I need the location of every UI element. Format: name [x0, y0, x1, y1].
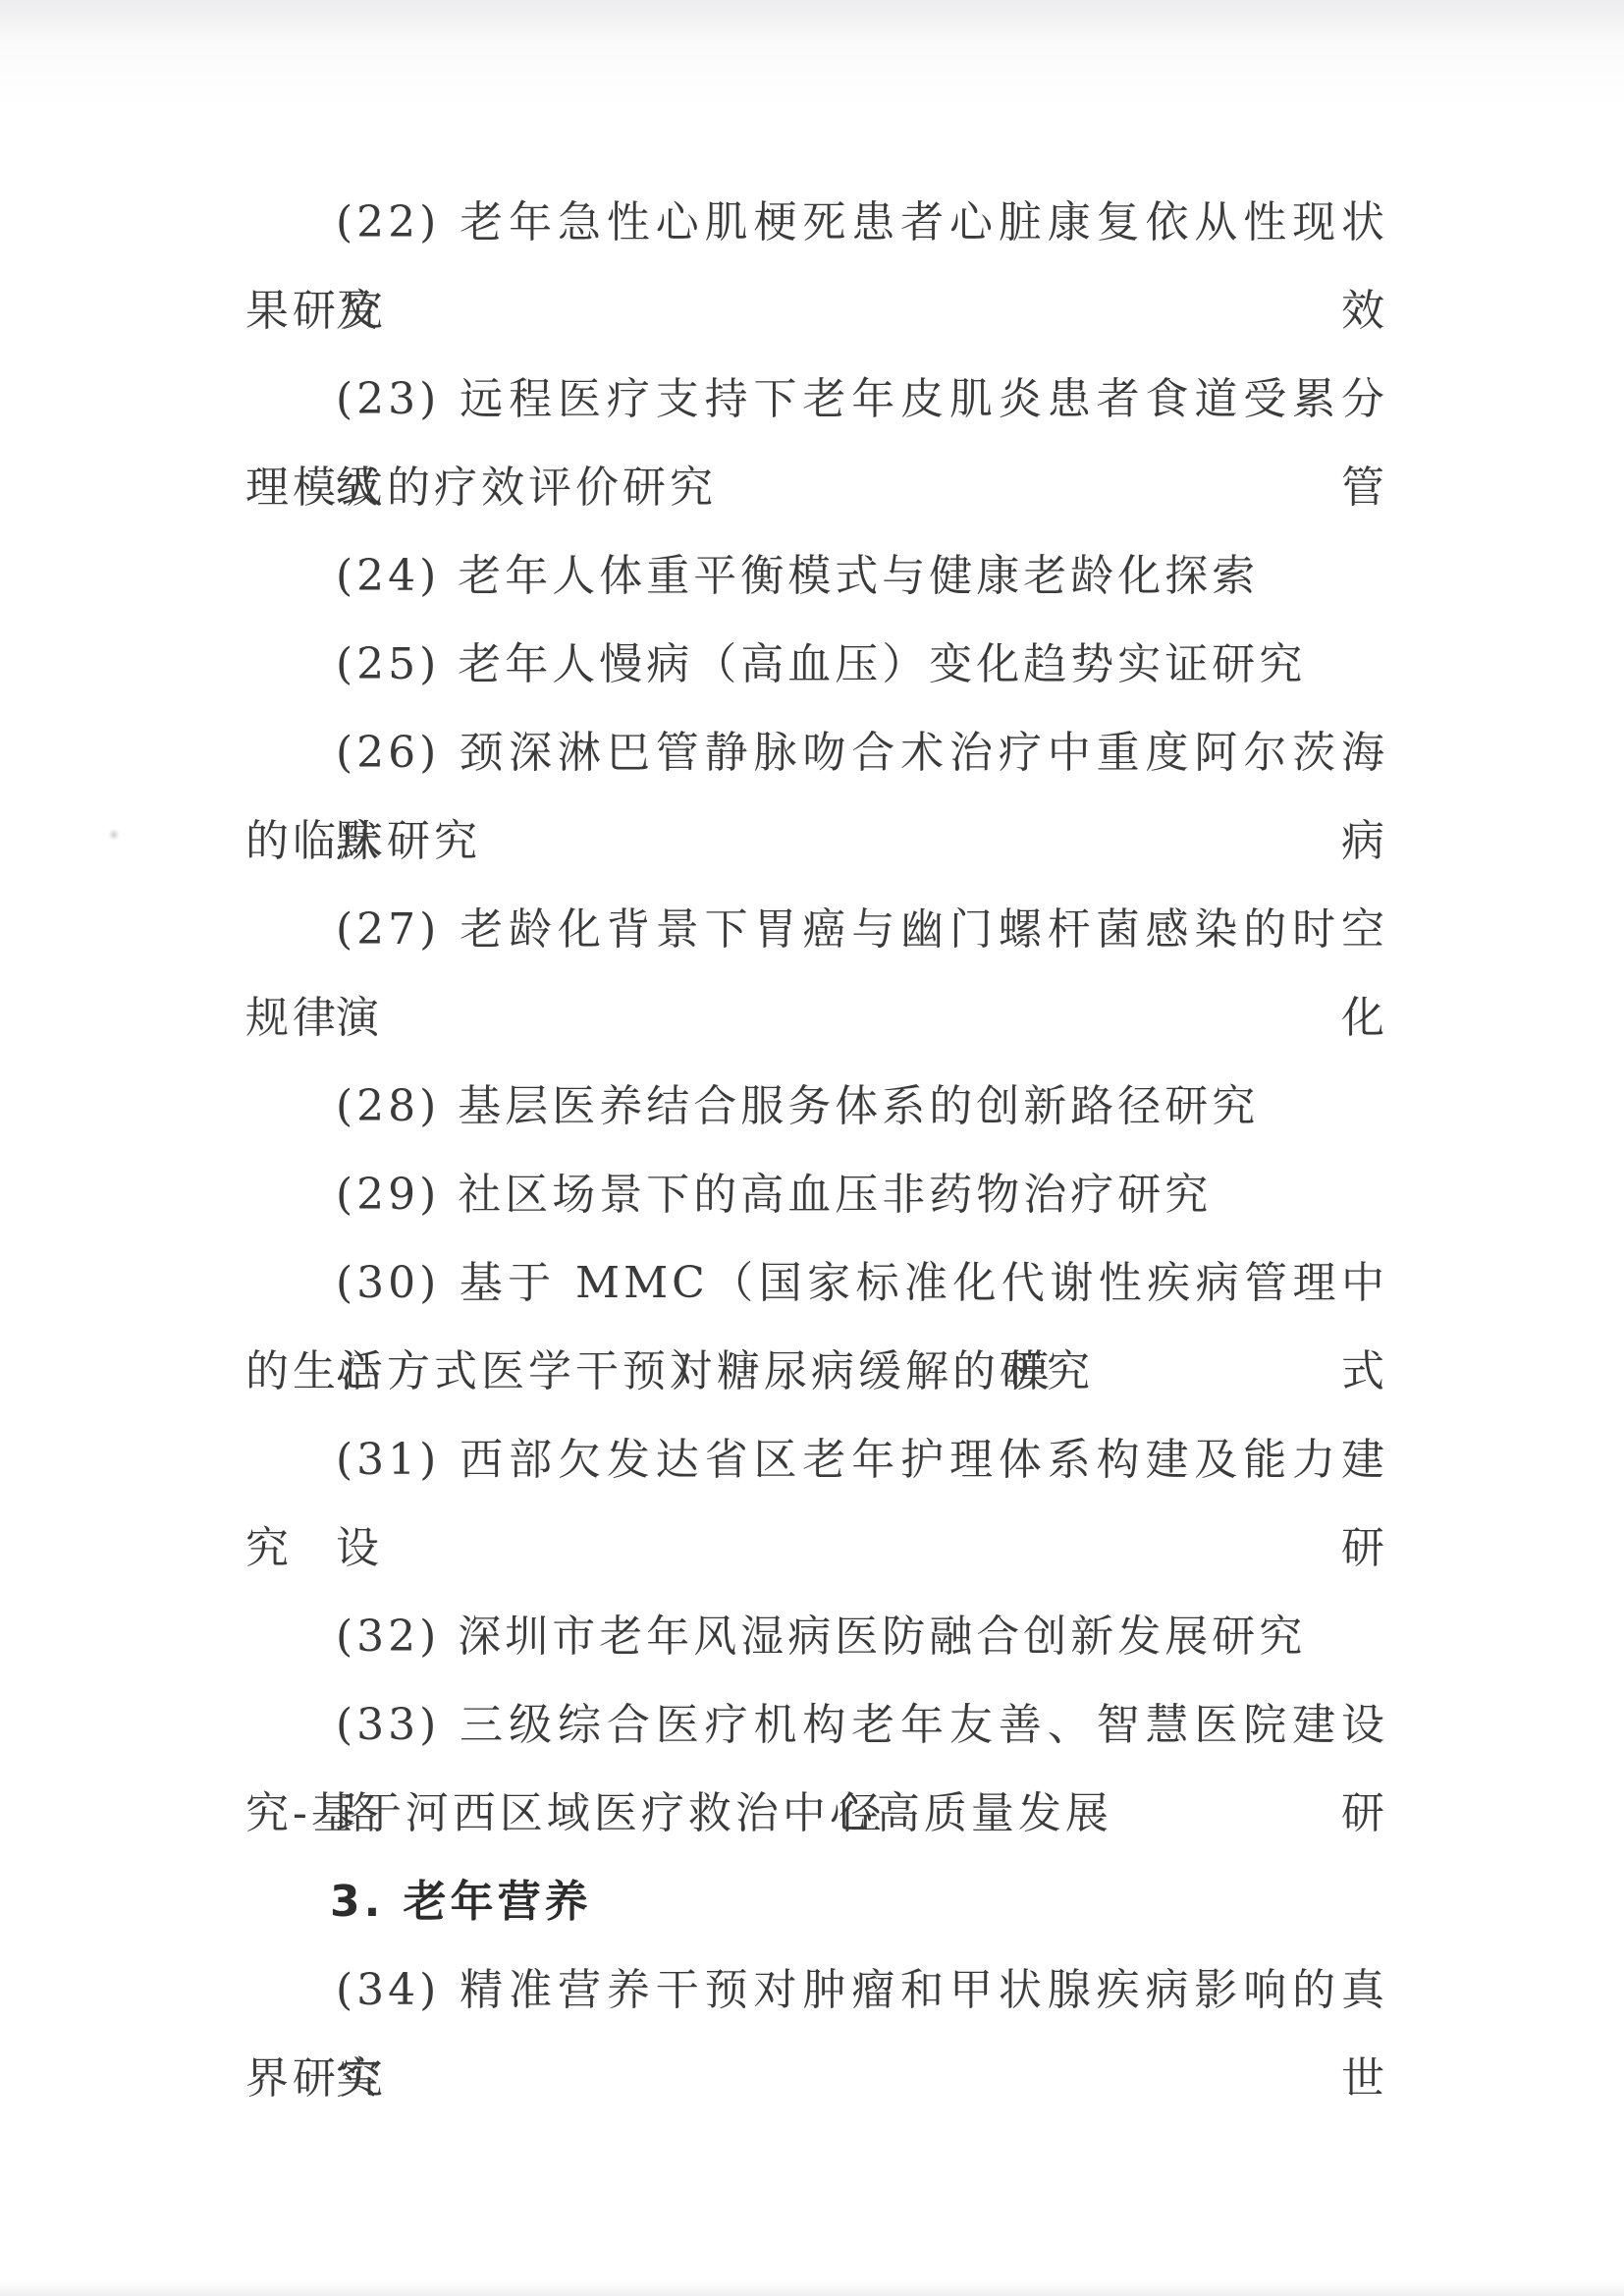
- list-item-line: (29) 社区场景下的高血压非药物治疗研究: [245, 1151, 1388, 1239]
- list-item-line: (30) 基于 MMC（国家标准化代谢性疾病管理中心）模式: [245, 1239, 1388, 1328]
- list-item-line: (26) 颈深淋巴管静脉吻合术治疗中重度阿尔茨海默病: [245, 709, 1388, 797]
- list-item-line: (32) 深圳市老年风湿病医防融合创新发展研究: [245, 1593, 1388, 1681]
- document-body: (22) 老年急性心肌梗死患者心脏康复依从性现状及效果研究(23) 远程医疗支持…: [245, 179, 1388, 2123]
- section-heading: 3. 老年营养: [245, 1858, 1388, 1946]
- scan-artifact-top-band: [0, 0, 1624, 108]
- scan-artifact-speck: [108, 829, 120, 841]
- list-item-line: (22) 老年急性心肌梗死患者心脏康复依从性现状及效: [245, 179, 1388, 267]
- list-item-line: (27) 老龄化背景下胃癌与幽门螺杆菌感染的时空演化: [245, 886, 1388, 974]
- list-item-line: (31) 西部欠发达省区老年护理体系构建及能力建设研: [245, 1416, 1388, 1504]
- scan-artifact-bottom-band: [0, 2280, 1624, 2296]
- document-page: (22) 老年急性心肌梗死患者心脏康复依从性现状及效果研究(23) 远程医疗支持…: [0, 0, 1624, 2296]
- list-item-line: (24) 老年人体重平衡模式与健康老龄化探索: [245, 532, 1388, 621]
- list-item-line: (25) 老年人慢病（高血压）变化趋势实证研究: [245, 621, 1388, 709]
- list-item-line: (28) 基层医养结合服务体系的创新路径研究: [245, 1063, 1388, 1151]
- list-item-line: (33) 三级综合医疗机构老年友善、智慧医院建设路径研: [245, 1681, 1388, 1770]
- list-item-line: (23) 远程医疗支持下老年皮肌炎患者食道受累分级管: [245, 355, 1388, 444]
- list-item-line: (34) 精准营养干预对肿瘤和甲状腺疾病影响的真实世: [245, 1946, 1388, 2035]
